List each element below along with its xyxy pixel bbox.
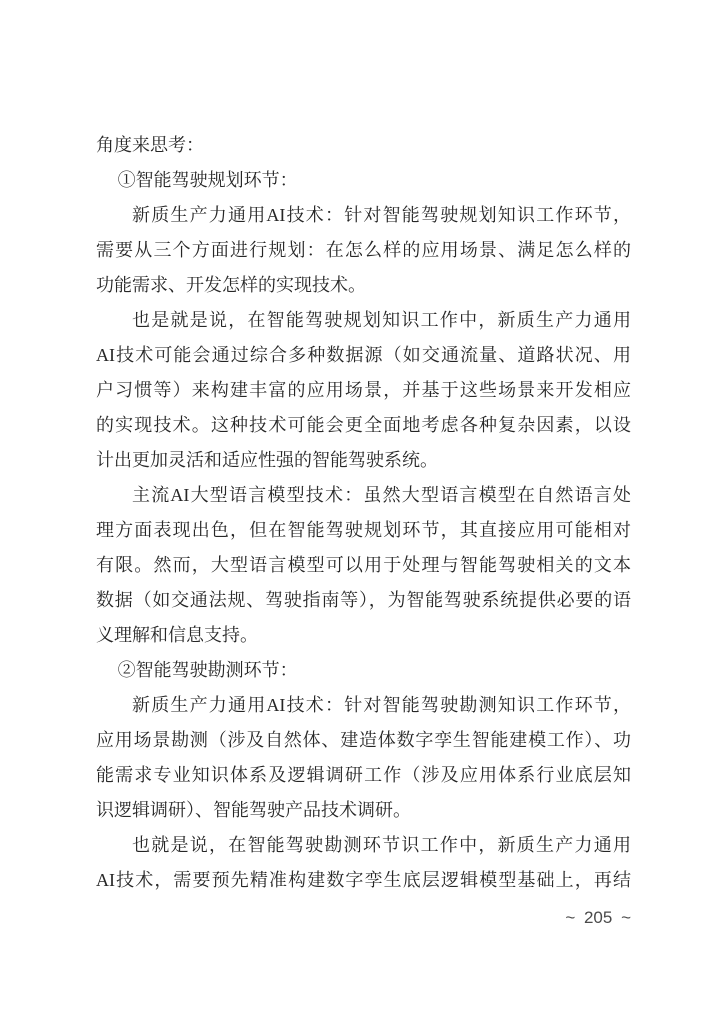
text-line: 理方面表现出色，但在智能驾驶规划环节，其直接应用可能相对 [96, 513, 631, 548]
text-line: 也是就是说，在智能驾驶规划知识工作中，新质生产力通用 [96, 303, 631, 338]
text-line: 义理解和信息支持。 [96, 618, 631, 653]
text-line: 主流AI大型语言模型技术：虽然大型语言模型在自然语言处 [96, 478, 631, 513]
text-line: 应用场景勘测（涉及自然体、建造体数字孪生智能建模工作）、功 [96, 723, 631, 758]
text-line: 户习惯等）来构建丰富的应用场景，并基于这些场景来开发相应 [96, 373, 631, 408]
text-line: 新质生产力通用AI技术：针对智能驾驶规划知识工作环节， [96, 198, 631, 233]
document-page: 角度来思考：①智能驾驶规划环节：新质生产力通用AI技术：针对智能驾驶规划知识工作… [0, 0, 724, 1024]
text-line: 需要从三个方面进行规划：在怎么样的应用场景、满足怎么样的 [96, 233, 631, 268]
text-line: AI技术，需要预先精准构建数字孪生底层逻辑模型基础上，再结 [96, 863, 631, 898]
text-line: 计出更加灵活和适应性强的智能驾驶系统。 [96, 443, 631, 478]
text-line: AI技术可能会通过综合多种数据源（如交通流量、道路状况、用 [96, 338, 631, 373]
body-text: 角度来思考：①智能驾驶规划环节：新质生产力通用AI技术：针对智能驾驶规划知识工作… [96, 128, 631, 898]
text-line: 识逻辑调研）、智能驾驶产品技术调研。 [96, 793, 631, 828]
page-number: ~ 205 ~ [96, 906, 631, 930]
text-line: 能需求专业知识体系及逻辑调研工作（涉及应用体系行业底层知 [96, 758, 631, 793]
text-line: 功能需求、开发怎样的实现技术。 [96, 268, 631, 303]
text-line: 数据（如交通法规、驾驶指南等），为智能驾驶系统提供必要的语 [96, 583, 631, 618]
text-line: ②智能驾驶勘测环节： [96, 653, 631, 688]
text-line: 新质生产力通用AI技术：针对智能驾驶勘测知识工作环节， [96, 688, 631, 723]
text-line: 角度来思考： [96, 128, 631, 163]
text-line: ①智能驾驶规划环节： [96, 163, 631, 198]
text-line: 有限。然而，大型语言模型可以用于处理与智能驾驶相关的文本 [96, 548, 631, 583]
text-line: 的实现技术。这种技术可能会更全面地考虑各种复杂因素，以设 [96, 408, 631, 443]
text-line: 也就是说，在智能驾驶勘测环节识工作中，新质生产力通用 [96, 828, 631, 863]
